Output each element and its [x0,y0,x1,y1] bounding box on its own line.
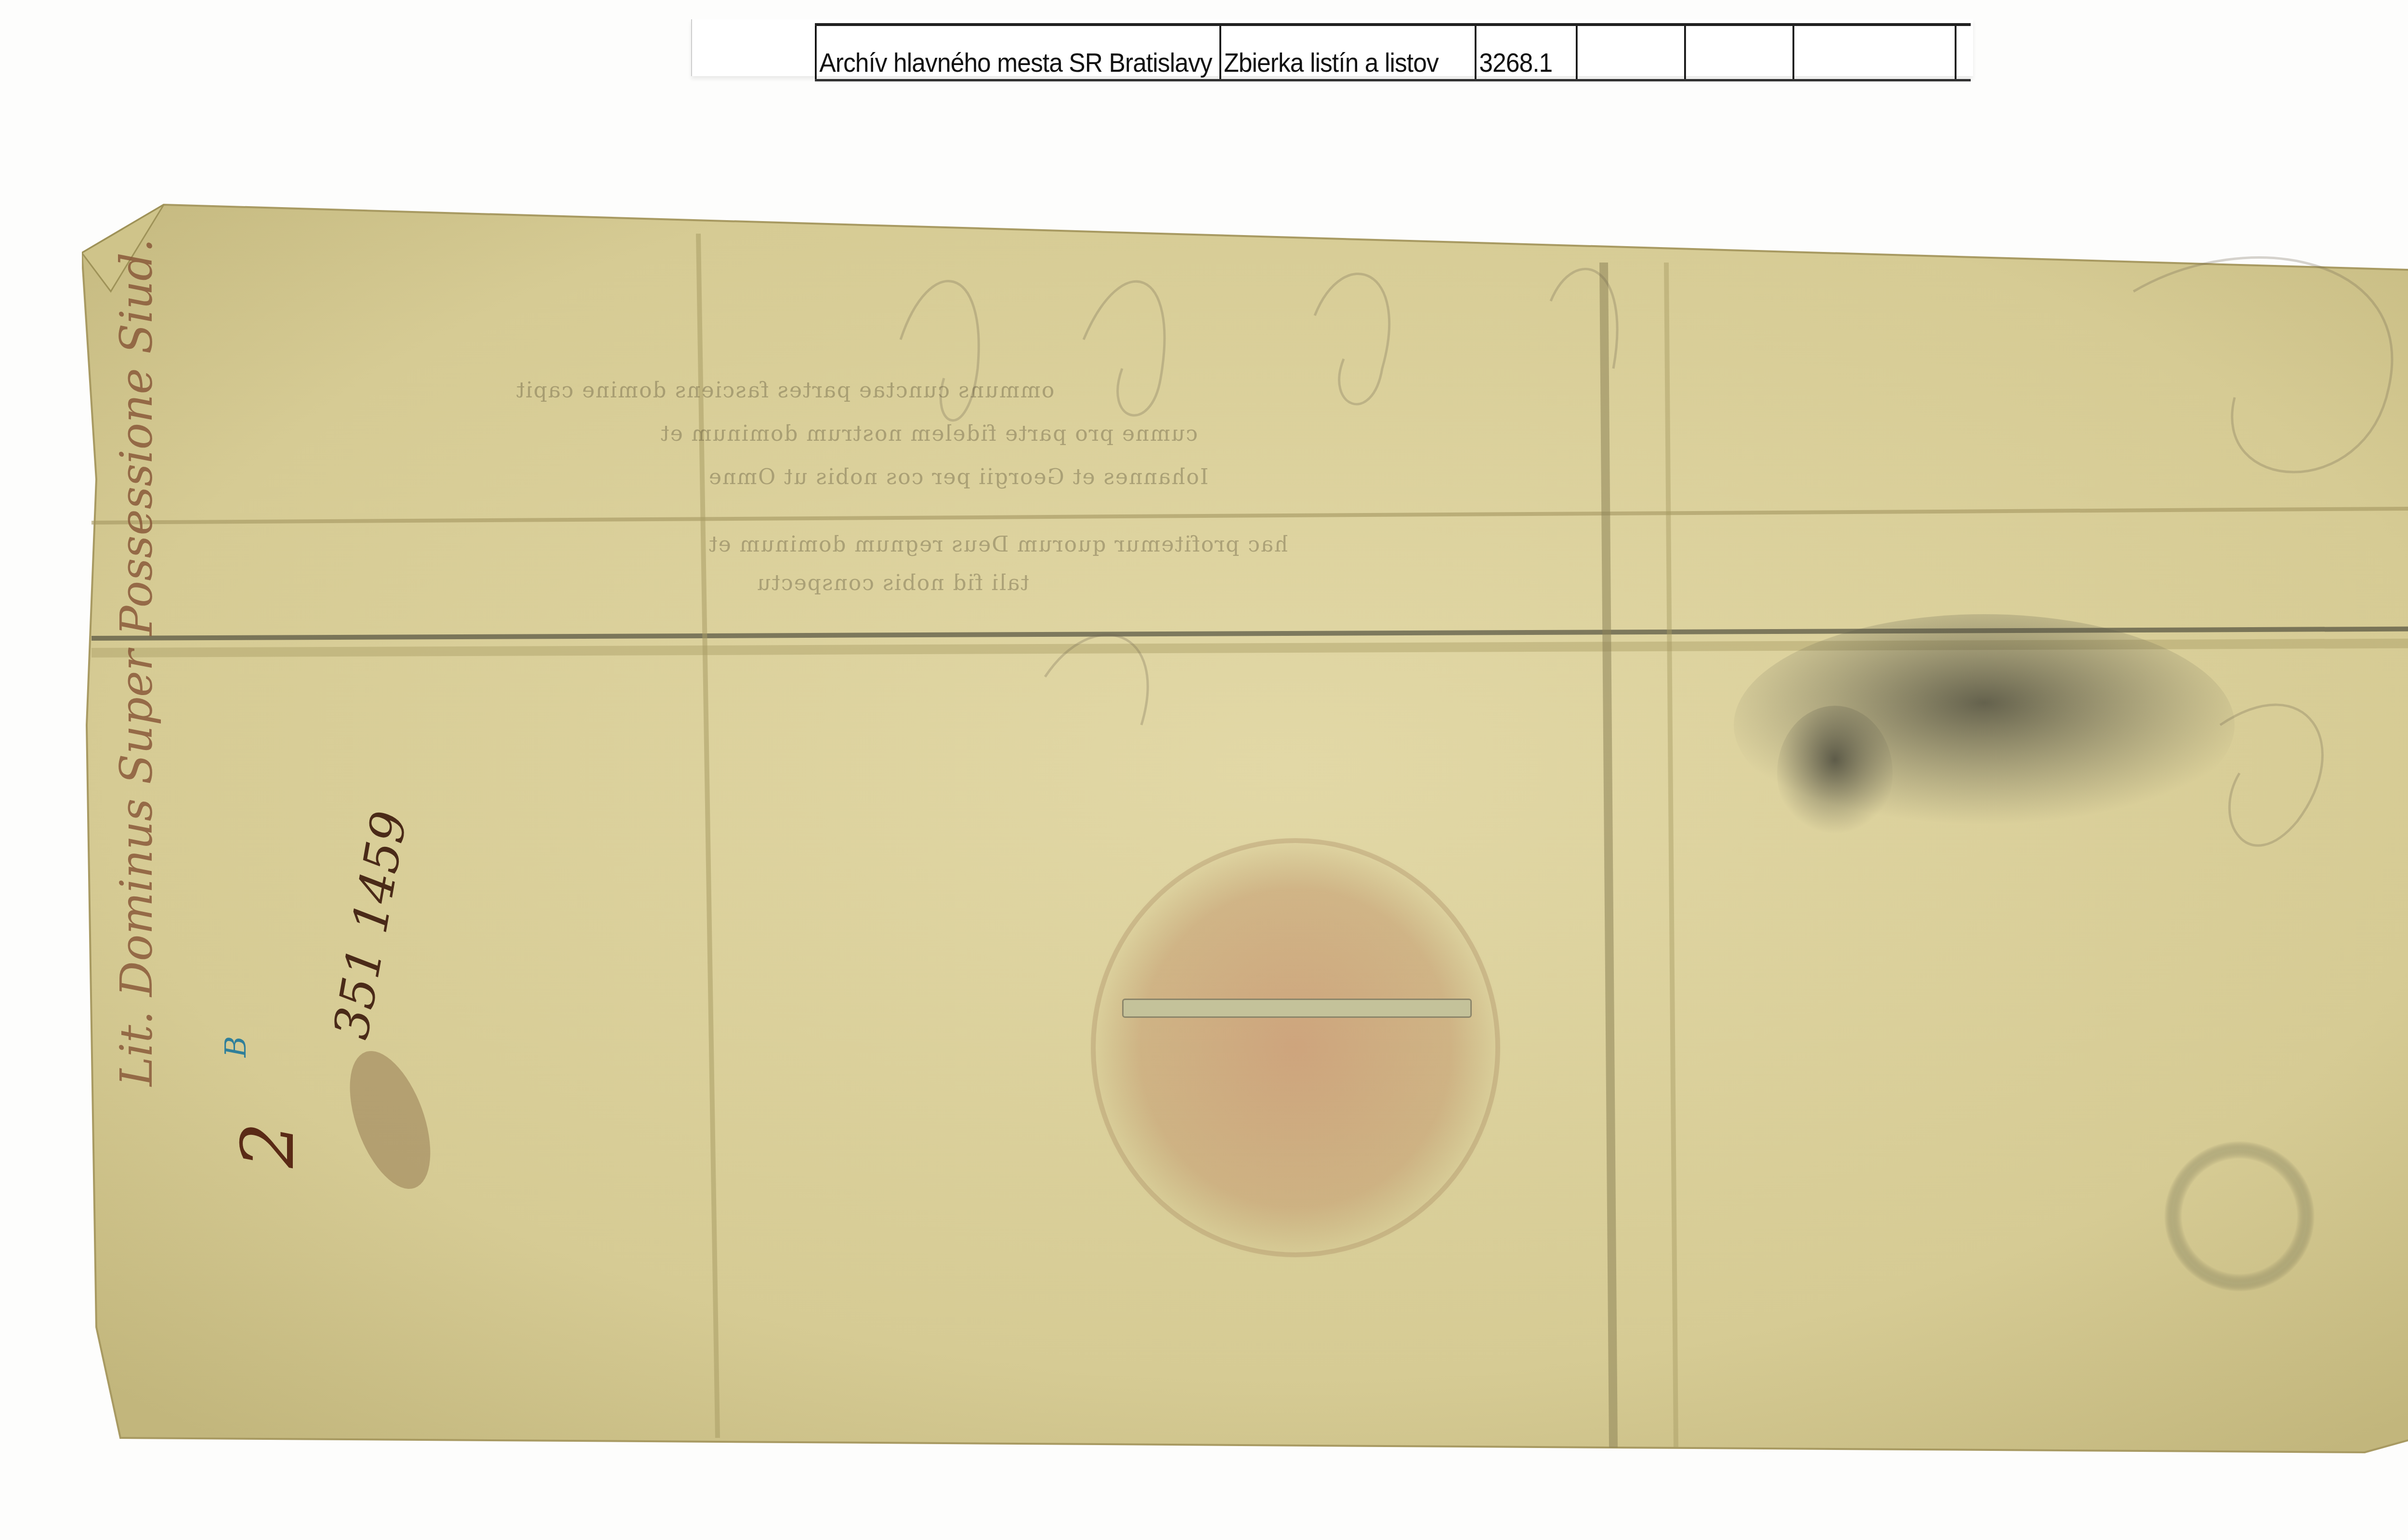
seal-attachment-slit [1122,999,1472,1018]
label-cell [1793,26,1956,79]
bleed-through-line: hac profitemur quorum Deus regnum dominu… [708,532,1288,557]
label-cell [1576,26,1675,79]
parchment-shape [82,195,2408,1457]
bleed-through-line: tali fid nobis conspectu [756,571,1029,595]
label-cell: 3268.1 [1475,26,1568,79]
archive-label-table: Archív hlavného mesta SR BratislavyZbier… [815,23,1971,81]
handwritten-dorsal-note: Lit. Dominus Super Possessione Siud. [111,238,162,1086]
bleed-through-line: ommuns cunctae partes fasciens domine ca… [515,378,1054,403]
blue-pencil-mark: B [219,1036,253,1057]
bleed-through-line: Iohannes et Georgii per cos nobis ut Omn… [708,465,1208,489]
handwritten-numeral: 2 [226,1122,310,1168]
archive-label-strip: Archív hlavného mesta SR BratislavyZbier… [691,19,1973,76]
parchment-document: ommuns cunctae partes fasciens domine ca… [82,195,2408,1457]
label-cell [1684,26,1784,79]
bleed-through-line: cumne pro parte fidelem nostrum dominum … [660,421,1198,446]
label-cell: Zbierka listín a listov [1219,26,1454,79]
label-cell: Archív hlavného mesta SR Bratislavy [815,26,1187,79]
